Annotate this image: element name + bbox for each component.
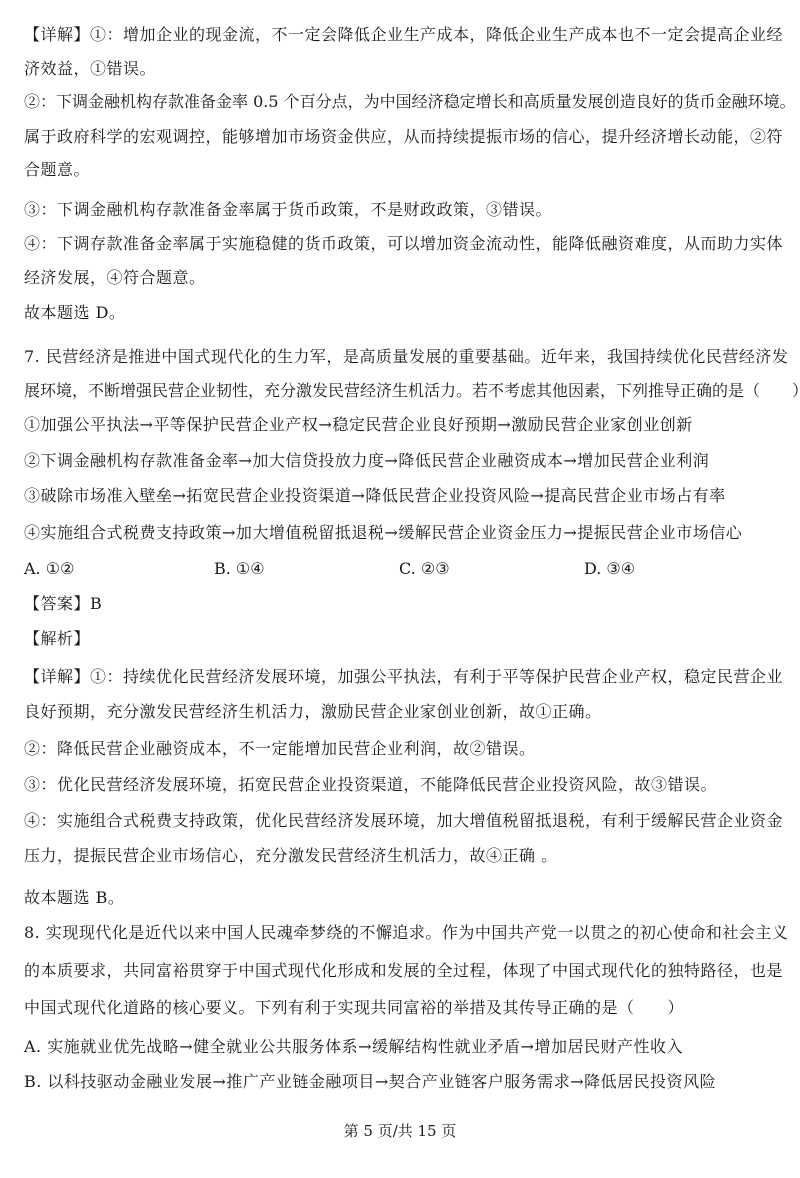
option-b: B. ①④ <box>214 559 265 579</box>
question-8-option-b: B. 以科技驱动金融业发展→推广产业链金融项目→契合产业链客户服务需求→降低居民… <box>24 1072 776 1092</box>
analysis-label: 【解析】 <box>24 629 776 649</box>
answer-label: 【答案】B <box>24 594 776 614</box>
answer-conclusion: 故本题选 D。 <box>24 303 776 323</box>
explanation-line: 压力，提振民营企业市场信心，充分激发民营经济生机活力，故④正确 。 <box>24 846 776 866</box>
explanation-line: 经济发展，④符合题意。 <box>24 268 776 288</box>
question-8-stem: 8. 实现现代化是近代以来中国人民魂牵梦绕的不懈追求。作为中国共产党一以贯之的初… <box>24 923 776 943</box>
option-c: C. ②③ <box>399 559 450 579</box>
answer-conclusion: 故本题选 B。 <box>24 888 776 908</box>
explanation-line: 【详解】①：持续优化民营经济发展环境，加强公平执法，有利于平等保护民营企业产权，… <box>24 667 776 687</box>
explanation-line: 合题意。 <box>24 160 776 180</box>
question-7-item: ③破除市场准入壁垒→拓宽民营企业投资渠道→降低民营企业投资风险→提高民营企业市场… <box>24 486 776 506</box>
explanation-line: 济效益，①错误。 <box>24 59 776 79</box>
explanation-line: 属于政府科学的宏观调控，能够增加市场资金供应，从而持续提振市场的信心，提升经济增… <box>24 127 776 147</box>
option-d: D. ③④ <box>584 559 635 579</box>
question-7-item: ④实施组合式税费支持政策→加大增值税留抵退税→缓解民营企业资金压力→提振民营企业… <box>24 523 776 543</box>
question-8-stem: 中国式现代化道路的核心要义。下列有利于实现共同富裕的举措及其传导正确的是（ ） <box>24 998 776 1018</box>
question-8-stem: 的本质要求，共同富裕贯穿于中国式现代化形成和发展的全过程，体现了中国式现代化的独… <box>24 961 776 981</box>
explanation-line: 良好预期，充分激发民营经济生机活力，激励民营企业家创业创新，故①正确。 <box>24 702 776 722</box>
question-7-item: ①加强公平执法→平等保护民营企业产权→稳定民营企业良好预期→激励民营企业家创业创… <box>24 415 776 435</box>
explanation-line: ③：下调金融机构存款准备金率属于货币政策，不是财政政策，③错误。 <box>24 200 776 220</box>
explanation-line: ④：下调存款准备金率属于实施稳健的货币政策，可以增加资金流动性，能降低融资难度，… <box>24 234 776 254</box>
explanation-line: ②：降低民营企业融资成本，不一定能增加民营企业利润，故②错误。 <box>24 739 776 759</box>
question-7-stem: 展环境，不断增强民营企业韧性，充分激发民营经济生机活力。若不考虑其他因素，下列推… <box>24 381 776 401</box>
question-7-item: ②下调金融机构存款准备金率→加大信贷投放力度→降低民营企业融资成本→增加民营企业… <box>24 451 776 471</box>
question-7-stem: 7. 民营经济是推进中国式现代化的生力军，是高质量发展的重要基础。近年来，我国持… <box>24 347 776 367</box>
page-number: 第 5 页/共 15 页 <box>0 1120 800 1141</box>
explanation-line: ③：优化民营经济发展环境，拓宽民营企业投资渠道，不能降低民营企业投资风险，故③错… <box>24 775 776 795</box>
explanation-line: ④：实施组合式税费支持政策，优化民营经济发展环境，加大增值税留抵退税，有利于缓解… <box>24 811 776 831</box>
explanation-line: ②：下调金融机构存款准备金率 0.5 个百分点，为中国经济稳定增长和高质量发展创… <box>24 92 776 112</box>
option-a: A. ①② <box>24 559 74 579</box>
question-8-option-a: A. 实施就业优先战略→健全就业公共服务体系→缓解结构性就业矛盾→增加居民财产性… <box>24 1037 776 1057</box>
explanation-line: 【详解】①：增加企业的现金流，不一定会降低企业生产成本，降低企业生产成本也不一定… <box>24 25 776 45</box>
